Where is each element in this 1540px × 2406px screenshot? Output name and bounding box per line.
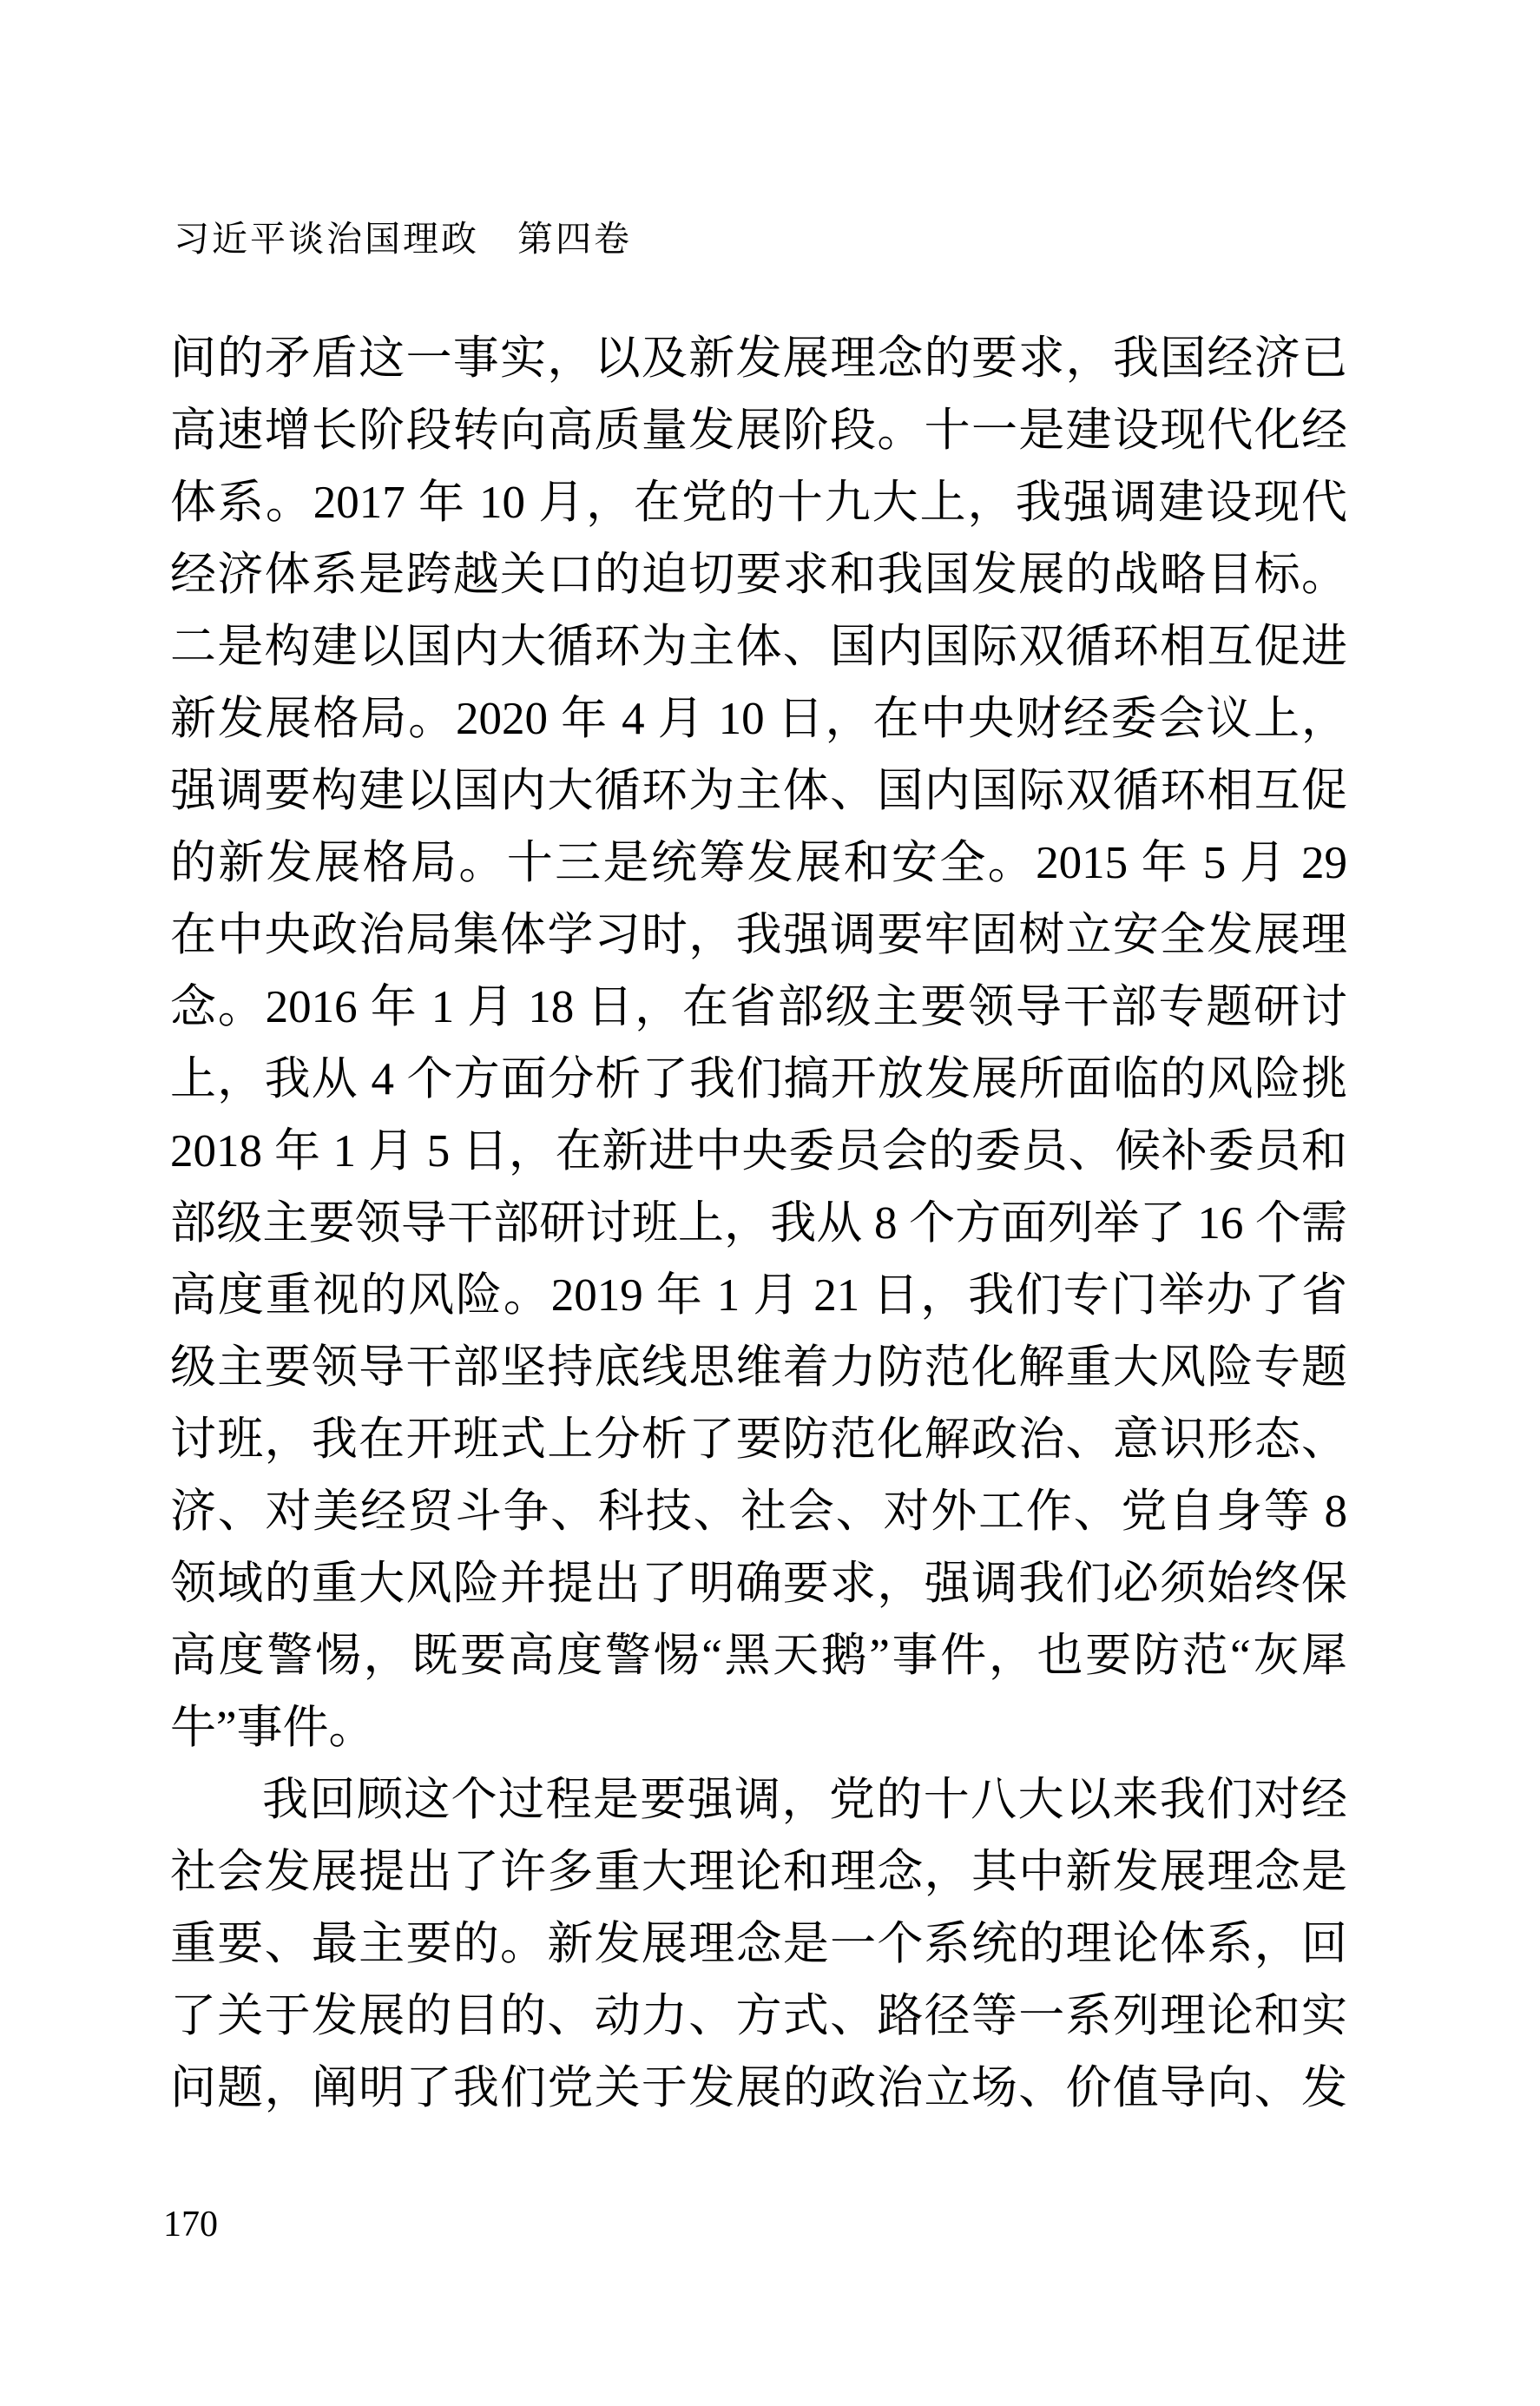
text-line: 二是构建以国内大循环为主体、国内国际双循环相互促进的 — [170, 611, 1347, 683]
text-line: 间的矛盾这一事实，以及新发展理念的要求，我国经济已由 — [170, 323, 1347, 395]
text-line: 高度警惕，既要高度警惕“黑天鹅”事件，也要防范“灰犀 — [170, 1620, 1347, 1692]
text-line: 讨班，我在开班式上分析了要防范化解政治、意识形态、经 — [170, 1404, 1347, 1476]
paragraph-2: 我回顾这个过程是要强调，党的十八大以来我们对经济 社会发展提出了许多重大理论和理… — [170, 1764, 1347, 2125]
text-line: 经济体系是跨越关口的迫切要求和我国发展的战略目标。十 — [170, 539, 1347, 611]
text-line: 高度重视的风险。2019 年 1 月 21 日，我们专门举办了省部 — [170, 1260, 1347, 1332]
book-page: 习近平谈治国理政 第四卷 间的矛盾这一事实，以及新发展理念的要求，我国经济已由 … — [0, 0, 1540, 2406]
text-line: 高速增长阶段转向高质量发展阶段。十一是建设现代化经济 — [170, 395, 1347, 467]
text-line: 体系。2017 年 10 月，在党的十九大上，我强调建设现代化 — [170, 467, 1347, 539]
text-line: 我回顾这个过程是要强调，党的十八大以来我们对经济 — [170, 1764, 1347, 1836]
text-line: 部级主要领导干部研讨班上，我从 8 个方面列举了 16 个需要 — [170, 1188, 1347, 1260]
text-line: 问题，阐明了我们党关于发展的政治立场、价值导向、发展 — [170, 2053, 1347, 2125]
text-line: 领域的重大风险并提出了明确要求，强调我们必须始终保持 — [170, 1548, 1347, 1620]
text-line: 上，我从 4 个方面分析了我们搞开放发展所面临的风险挑战。 — [170, 1044, 1347, 1116]
page-number: 170 — [163, 2204, 218, 2245]
text-line: 2018 年 1 月 5 日，在新进中央委员会的委员、候补委员和省 — [170, 1116, 1347, 1188]
text-line: 新发展格局。2020 年 4 月 10 日，在中央财经委会议上，我 — [170, 683, 1347, 755]
text-line: 重要、最主要的。新发展理念是一个系统的理论体系，回答 — [170, 1908, 1347, 1981]
text-line: 牛”事件。 — [170, 1692, 1347, 1764]
paragraph-1: 间的矛盾这一事实，以及新发展理念的要求，我国经济已由 高速增长阶段转向高质量发展… — [170, 323, 1347, 1764]
text-line: 级主要领导干部坚持底线思维着力防范化解重大风险专题研 — [170, 1332, 1347, 1404]
text-line: 强调要构建以国内大循环为主体、国内国际双循环相互促进 — [170, 755, 1347, 827]
text-line: 济、对美经贸斗争、科技、社会、对外工作、党自身等 8 个 — [170, 1476, 1347, 1548]
text-line: 的新发展格局。十三是统筹发展和安全。2015 年 5 月 29 日， — [170, 827, 1347, 900]
body-text: 间的矛盾这一事实，以及新发展理念的要求，我国经济已由 高速增长阶段转向高质量发展… — [170, 323, 1347, 2125]
running-header: 习近平谈治国理政 第四卷 — [174, 210, 632, 261]
text-line: 社会发展提出了许多重大理论和理念，其中新发展理念是最 — [170, 1836, 1347, 1908]
text-line: 在中央政治局集体学习时，我强调要牢固树立安全发展理 — [170, 900, 1347, 972]
text-line: 了关于发展的目的、动力、方式、路径等一系列理论和实践 — [170, 1981, 1347, 2053]
text-line: 念。2016 年 1 月 18 日，在省部级主要领导干部专题研讨班 — [170, 972, 1347, 1044]
